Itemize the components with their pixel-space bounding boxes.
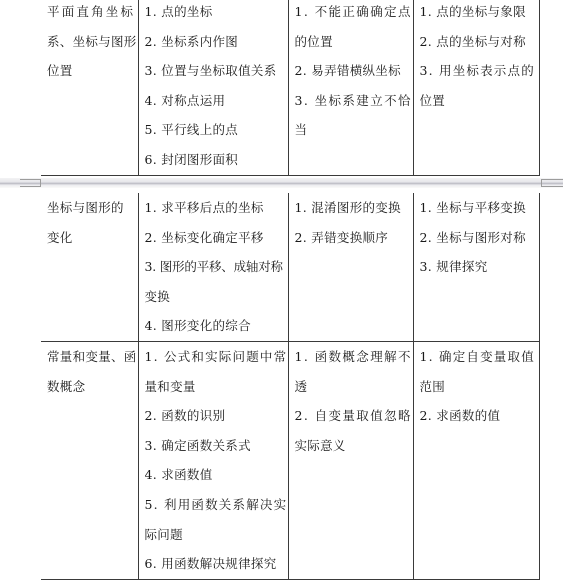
exam-focus-line: 1. 坐标与平移变换 bbox=[420, 193, 539, 223]
right-margin-marker-icon bbox=[541, 179, 563, 187]
mistake-line: 的位置 bbox=[295, 27, 413, 57]
topic-line: 常量和变量、函 bbox=[47, 342, 138, 372]
mistake-line: 2. 易弄错横纵坐标 bbox=[295, 56, 413, 86]
knowledge-point: 际问题 bbox=[145, 520, 288, 550]
exam-focus-line: 2. 求函数的值 bbox=[420, 401, 539, 431]
mistake-line: 1. 不能正确确定点 bbox=[295, 0, 413, 27]
knowledge-points-cell: 1. 公式和实际问题中常 量和变量 2. 函数的识别 3. 确定函数关系式 4.… bbox=[138, 341, 288, 579]
page-break-separator bbox=[0, 178, 563, 188]
exam-focus-line: 3. 用坐标表示点的 bbox=[420, 56, 539, 86]
exam-focus-cell: 1. 点的坐标与象限 2. 点的坐标与对称 3. 用坐标表示点的 位置 bbox=[413, 0, 539, 175]
knowledge-point: 量和变量 bbox=[145, 372, 288, 402]
knowledge-point: 变换 bbox=[145, 282, 288, 312]
left-margin-marker-icon bbox=[20, 179, 41, 187]
document-page-top: 平面直角坐标 系、坐标与图形 位置 1. 点的坐标 2. 坐标系内作图 3. 位… bbox=[0, 0, 563, 178]
mistake-line: 当 bbox=[295, 115, 413, 145]
knowledge-point: 5. 平行线上的点 bbox=[145, 115, 288, 145]
exam-focus-line: 3. 规律探究 bbox=[420, 252, 539, 282]
topic-cell: 常量和变量、函 数概念 bbox=[41, 341, 138, 579]
exam-focus-line: 1. 确定自变量取值 bbox=[420, 342, 539, 372]
topic-line: 位置 bbox=[47, 56, 138, 86]
exam-focus-line: 1. 点的坐标与象限 bbox=[420, 0, 539, 27]
exam-focus-line: 位置 bbox=[420, 86, 539, 116]
exam-focus-line: 2. 坐标与图形对称 bbox=[420, 223, 539, 253]
knowledge-point: 3. 图形的平移、成轴对称 bbox=[145, 252, 288, 282]
mistake-line: 3. 坐标系建立不恰 bbox=[295, 86, 413, 116]
knowledge-point: 1. 求平移后点的坐标 bbox=[145, 193, 288, 223]
common-mistakes-cell: 1. 混淆图形的变换 2. 弄错变换顺序 bbox=[288, 193, 413, 341]
topic-line: 坐标与图形的 bbox=[47, 193, 138, 223]
mistake-line: 透 bbox=[295, 372, 413, 402]
mistake-line: 2. 弄错变换顺序 bbox=[295, 223, 413, 253]
topic-line: 变化 bbox=[47, 223, 138, 253]
knowledge-point: 2. 函数的识别 bbox=[145, 401, 288, 431]
knowledge-point: 5. 利用函数关系解决实 bbox=[145, 490, 288, 520]
knowledge-point: 2. 坐标变化确定平移 bbox=[145, 223, 288, 253]
mistake-line: 1. 函数概念理解不 bbox=[295, 342, 413, 372]
topic-line: 数概念 bbox=[47, 372, 138, 402]
exam-focus-cell: 1. 坐标与平移变换 2. 坐标与图形对称 3. 规律探究 bbox=[413, 193, 539, 341]
exam-focus-line: 范围 bbox=[420, 372, 539, 402]
common-mistakes-cell: 1. 函数概念理解不 透 2. 自变量取值忽略 实际意义 bbox=[288, 341, 413, 579]
table-row: 常量和变量、函 数概念 1. 公式和实际问题中常 量和变量 2. 函数的识别 3… bbox=[41, 341, 539, 579]
knowledge-point: 4. 求函数值 bbox=[145, 460, 288, 490]
knowledge-points-cell: 1. 点的坐标 2. 坐标系内作图 3. 位置与坐标取值关系 4. 对称点运用 … bbox=[138, 0, 288, 175]
mistake-line: 实际意义 bbox=[295, 431, 413, 461]
topic-cell: 平面直角坐标 系、坐标与图形 位置 bbox=[41, 0, 138, 175]
knowledge-point: 3. 位置与坐标取值关系 bbox=[145, 56, 288, 86]
table-row: 坐标与图形的 变化 1. 求平移后点的坐标 2. 坐标变化确定平移 3. 图形的… bbox=[41, 193, 539, 341]
knowledge-point: 4. 对称点运用 bbox=[145, 86, 288, 116]
topic-line: 平面直角坐标 bbox=[47, 0, 138, 27]
knowledge-point: 6. 封闭图形面积 bbox=[145, 145, 288, 175]
exam-focus-line: 2. 点的坐标与对称 bbox=[420, 27, 539, 57]
knowledge-table-bottom: 坐标与图形的 变化 1. 求平移后点的坐标 2. 坐标变化确定平移 3. 图形的… bbox=[41, 193, 540, 580]
mistake-line: 2. 自变量取值忽略 bbox=[295, 401, 413, 431]
knowledge-point: 3. 确定函数关系式 bbox=[145, 431, 288, 461]
knowledge-points-cell: 1. 求平移后点的坐标 2. 坐标变化确定平移 3. 图形的平移、成轴对称 变换… bbox=[138, 193, 288, 341]
knowledge-table-top: 平面直角坐标 系、坐标与图形 位置 1. 点的坐标 2. 坐标系内作图 3. 位… bbox=[41, 0, 540, 176]
topic-line: 系、坐标与图形 bbox=[47, 27, 138, 57]
knowledge-point: 4. 图形变化的综合 bbox=[145, 311, 288, 341]
mistake-line: 1. 混淆图形的变换 bbox=[295, 193, 413, 223]
common-mistakes-cell: 1. 不能正确确定点 的位置 2. 易弄错横纵坐标 3. 坐标系建立不恰 当 bbox=[288, 0, 413, 175]
topic-cell: 坐标与图形的 变化 bbox=[41, 193, 138, 341]
knowledge-point: 2. 坐标系内作图 bbox=[145, 27, 288, 57]
table-row: 平面直角坐标 系、坐标与图形 位置 1. 点的坐标 2. 坐标系内作图 3. 位… bbox=[41, 0, 539, 175]
knowledge-point: 1. 公式和实际问题中常 bbox=[145, 342, 288, 372]
knowledge-point: 1. 点的坐标 bbox=[145, 0, 288, 27]
exam-focus-cell: 1. 确定自变量取值 范围 2. 求函数的值 bbox=[413, 341, 539, 579]
knowledge-point: 6. 用函数解决规律探究 bbox=[145, 549, 288, 579]
